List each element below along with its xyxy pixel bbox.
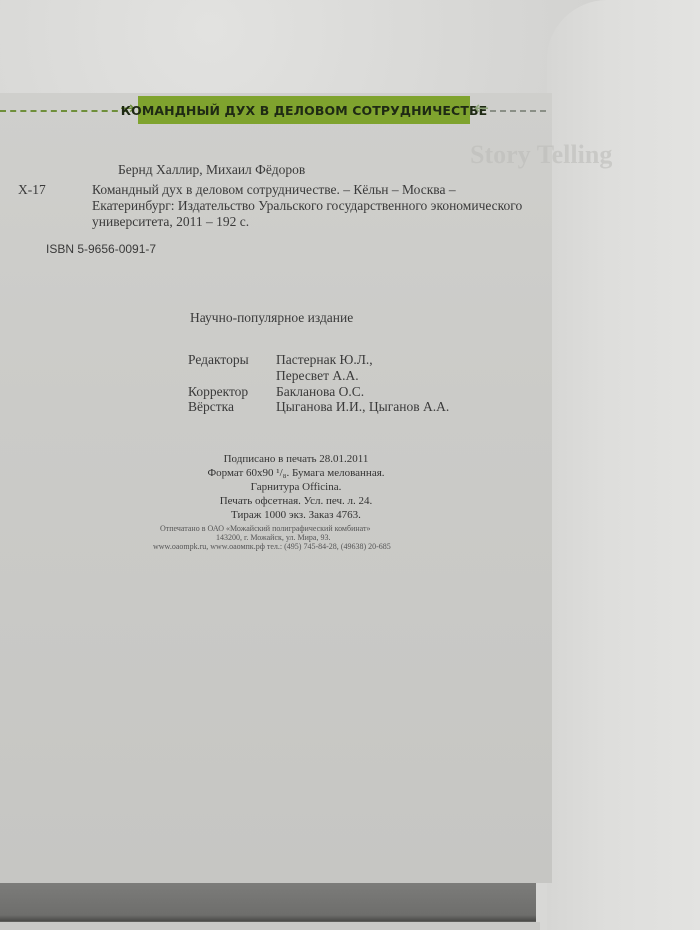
dashed-line-right bbox=[490, 110, 546, 112]
bib-line-3: университета, 2011 – 192 с. bbox=[92, 214, 249, 230]
header-banner: КОМАНДНЫЙ ДУХ В ДЕЛОВОМ СОТРУДНИЧЕСТВЕ bbox=[138, 96, 470, 124]
printer-line-2: 143200, г. Можайск, ул. Мира, 93. bbox=[216, 533, 330, 542]
isbn: ISBN 5-9656-0091-7 bbox=[46, 242, 156, 256]
imprint-run: Тираж 1000 экз. Заказ 4763. bbox=[150, 509, 442, 521]
authors: Бернд Халлир, Михаил Фёдоров bbox=[118, 162, 305, 178]
imprint-signed: Подписано в печать 28.01.2011 bbox=[150, 453, 442, 465]
credit-role: Вёрстка bbox=[188, 399, 234, 415]
printer-line-1: Отпечатано в ОАО «Можайский полиграфичес… bbox=[160, 524, 370, 533]
bib-line-2: Екатеринбург: Издательство Уральского го… bbox=[92, 198, 522, 214]
imprint-print: Печать офсетная. Усл. печ. л. 24. bbox=[150, 495, 442, 507]
imprint-typeface: Гарнитура Officina. bbox=[150, 481, 442, 493]
dashed-line-left bbox=[0, 110, 128, 112]
imprint-format: Формат 60х90 ¹/₈. Бумага мелованная. bbox=[150, 467, 442, 479]
edition-type: Научно-популярное издание bbox=[190, 310, 353, 326]
table-surface bbox=[0, 922, 540, 930]
credit-role: Редакторы bbox=[188, 352, 249, 368]
arrow-left-icon: ← bbox=[474, 98, 489, 119]
classification-code: Х-17 bbox=[18, 182, 46, 198]
page-edge-shadow bbox=[0, 883, 536, 923]
credit-names: Цыганова И.И., Цыганов А.А. bbox=[276, 399, 449, 415]
running-header: → КОМАНДНЫЙ ДУХ В ДЕЛОВОМ СОТРУДНИЧЕСТВЕ… bbox=[0, 96, 552, 126]
bleed-through-text: Story Telling bbox=[470, 140, 612, 170]
credit-role: Корректор bbox=[188, 384, 248, 400]
printer-line-3: www.oaompk.ru, www.оаомпк.рф тел.: (495)… bbox=[153, 542, 391, 551]
credit-names: Бакланова О.С. bbox=[276, 384, 364, 400]
credit-names: Пастернак Ю.Л., bbox=[276, 352, 373, 368]
credit-names: Пересвет А.А. bbox=[276, 368, 359, 384]
bib-line-1: Командный дух в деловом сотрудничестве. … bbox=[92, 182, 456, 198]
